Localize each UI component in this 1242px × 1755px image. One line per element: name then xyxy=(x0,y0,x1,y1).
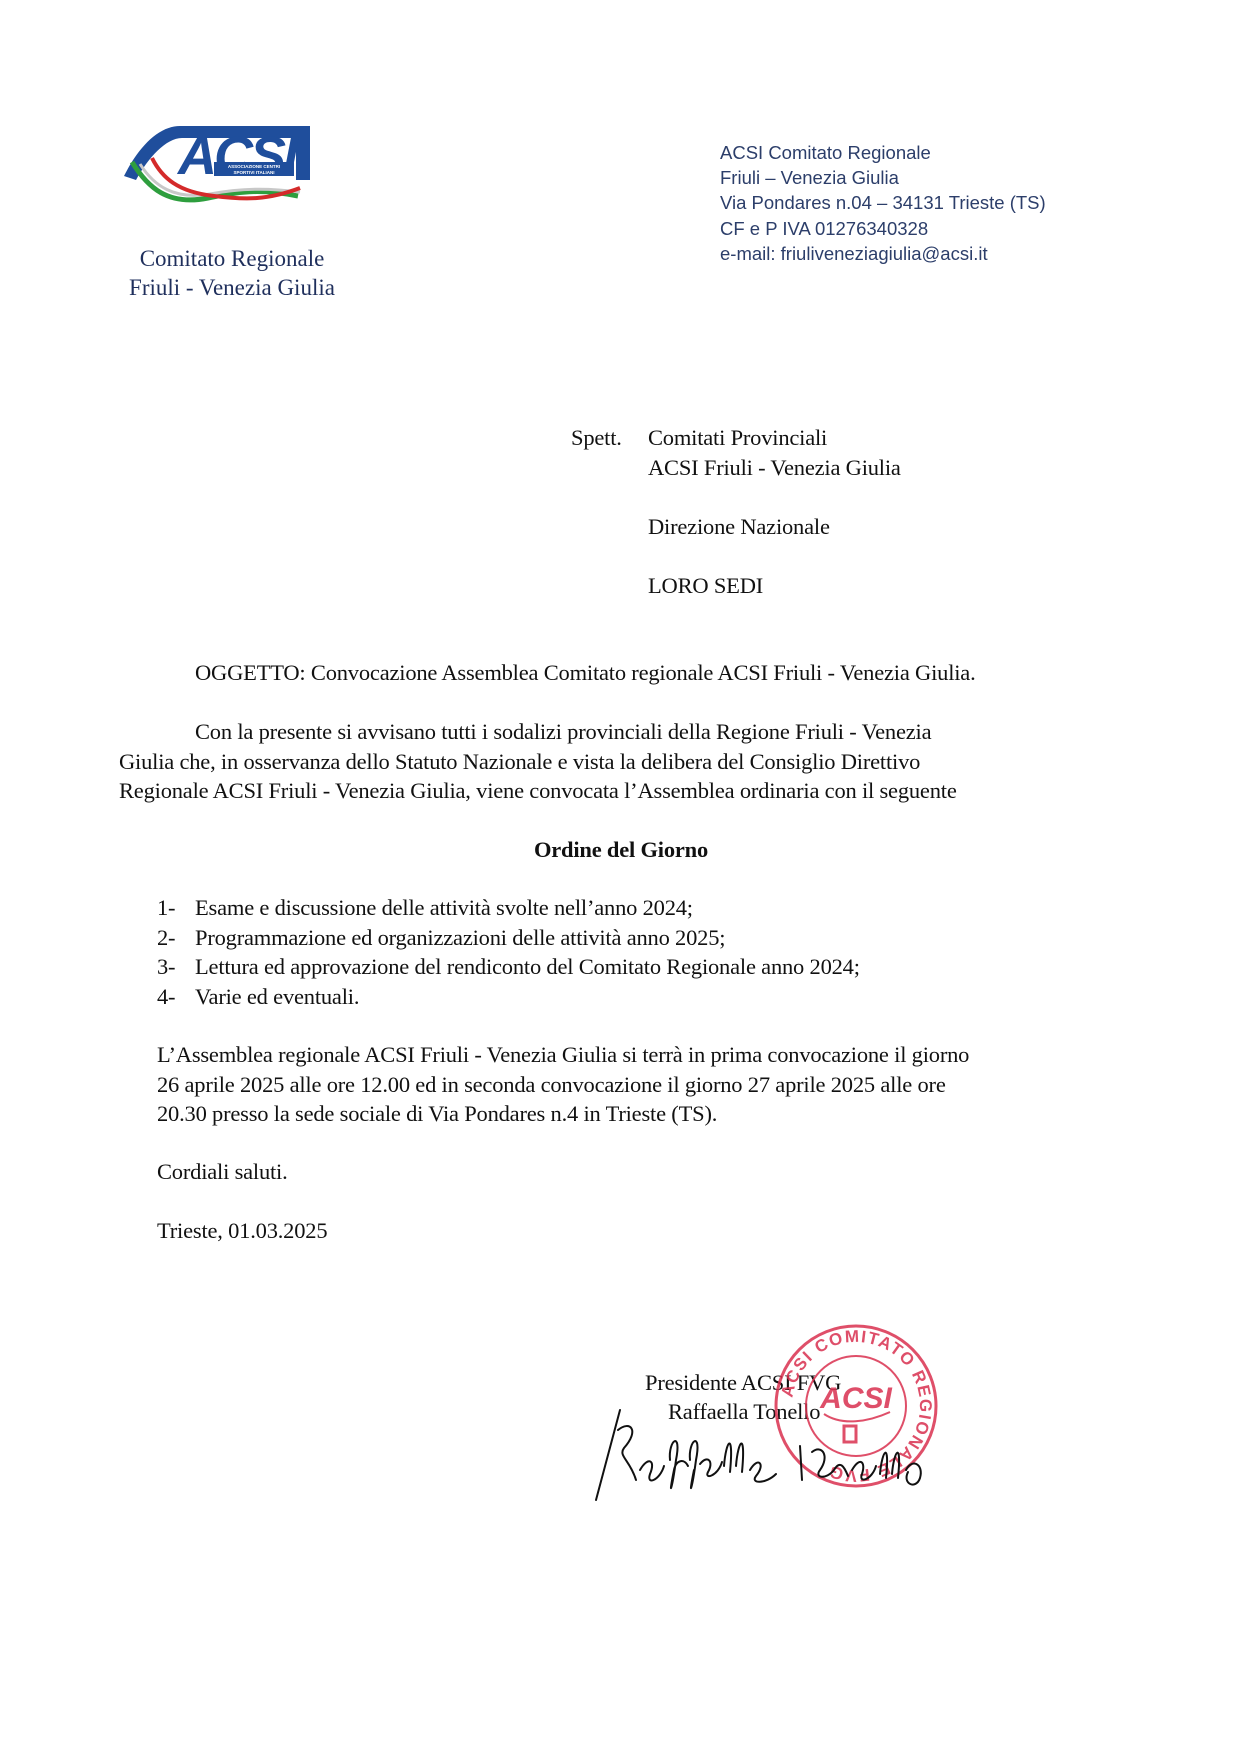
svg-text:ASSOCIAZIONE CENTRI: ASSOCIAZIONE CENTRI xyxy=(228,164,280,169)
letterhead-contact: ACSI Comitato Regionale Friuli – Venezia… xyxy=(720,140,1046,266)
agenda-item: 1- Esame e discussione delle attività sv… xyxy=(157,893,860,923)
recipient-line: LORO SEDI xyxy=(648,571,901,601)
contact-org: ACSI Comitato Regionale xyxy=(720,140,1046,165)
intro-line: Giulia che, in osservanza dello Statuto … xyxy=(119,747,1119,777)
intro-line: Regionale ACSI Friuli - Venezia Giulia, … xyxy=(119,776,1119,806)
closing: Cordiali saluti. xyxy=(157,1157,288,1187)
assembly-line: 20.30 presso la sede sociale di Via Pond… xyxy=(157,1099,969,1129)
logo-caption: Comitato Regionale Friuli - Venezia Giul… xyxy=(112,244,352,302)
contact-address: Via Pondares n.04 – 34131 Trieste (TS) xyxy=(720,190,1046,215)
signature-icon xyxy=(590,1400,935,1510)
agenda-text: Lettura ed approvazione del rendiconto d… xyxy=(195,952,860,982)
agenda-title: Ordine del Giorno xyxy=(0,835,1242,865)
intro-line: Con la presente si avvisano tutti i soda… xyxy=(119,717,1119,747)
agenda-text: Esame e discussione delle attività svolt… xyxy=(195,893,693,923)
recipient-spacer xyxy=(648,541,901,571)
acsi-logo: ACSI ASSOCIAZIONE CENTRI SPORTIVI ITALIA… xyxy=(118,118,318,218)
recipient-spacer xyxy=(648,482,901,512)
agenda-number: 4- xyxy=(157,982,195,1012)
recipient-line: Comitati Provinciali xyxy=(648,423,901,453)
svg-text:SPORTIVI ITALIANI: SPORTIVI ITALIANI xyxy=(234,170,275,175)
place-date: Trieste, 01.03.2025 xyxy=(157,1216,327,1246)
agenda-text: Varie ed eventuali. xyxy=(195,982,359,1012)
agenda-list: 1- Esame e discussione delle attività sv… xyxy=(157,893,860,1011)
agenda-text: Programmazione ed organizzazioni delle a… xyxy=(195,923,725,953)
contact-region: Friuli – Venezia Giulia xyxy=(720,165,1046,190)
recipient-block: Comitati Provinciali ACSI Friuli - Venez… xyxy=(648,423,901,600)
agenda-item: 2- Programmazione ed organizzazioni dell… xyxy=(157,923,860,953)
caption-line-1: Comitato Regionale xyxy=(112,244,352,273)
assembly-paragraph: L’Assemblea regionale ACSI Friuli - Vene… xyxy=(157,1040,969,1129)
intro-paragraph: Con la presente si avvisano tutti i soda… xyxy=(119,717,1119,806)
agenda-item: 3- Lettura ed approvazione del rendicont… xyxy=(157,952,860,982)
recipient-line: ACSI Friuli - Venezia Giulia xyxy=(648,453,901,483)
assembly-line: L’Assemblea regionale ACSI Friuli - Vene… xyxy=(157,1040,969,1070)
svg-text:ACSI: ACSI xyxy=(176,126,299,186)
assembly-line: 26 aprile 2025 alle ore 12.00 ed in seco… xyxy=(157,1070,969,1100)
contact-email[interactable]: e-mail: friuliveneziagiulia@acsi.it xyxy=(720,241,1046,266)
agenda-number: 1- xyxy=(157,893,195,923)
contact-vat: CF e P IVA 01276340328 xyxy=(720,216,1046,241)
acsi-logo-icon: ACSI ASSOCIAZIONE CENTRI SPORTIVI ITALIA… xyxy=(118,118,318,218)
agenda-number: 2- xyxy=(157,923,195,953)
handwritten-signature xyxy=(590,1400,935,1510)
subject-line: OGGETTO: Convocazione Assemblea Comitato… xyxy=(195,658,976,688)
agenda-number: 3- xyxy=(157,952,195,982)
caption-line-2: Friuli - Venezia Giulia xyxy=(112,273,352,302)
recipient-line: Direzione Nazionale xyxy=(648,512,901,542)
salutation: Spett. xyxy=(571,423,622,453)
agenda-item: 4- Varie ed eventuali. xyxy=(157,982,860,1012)
